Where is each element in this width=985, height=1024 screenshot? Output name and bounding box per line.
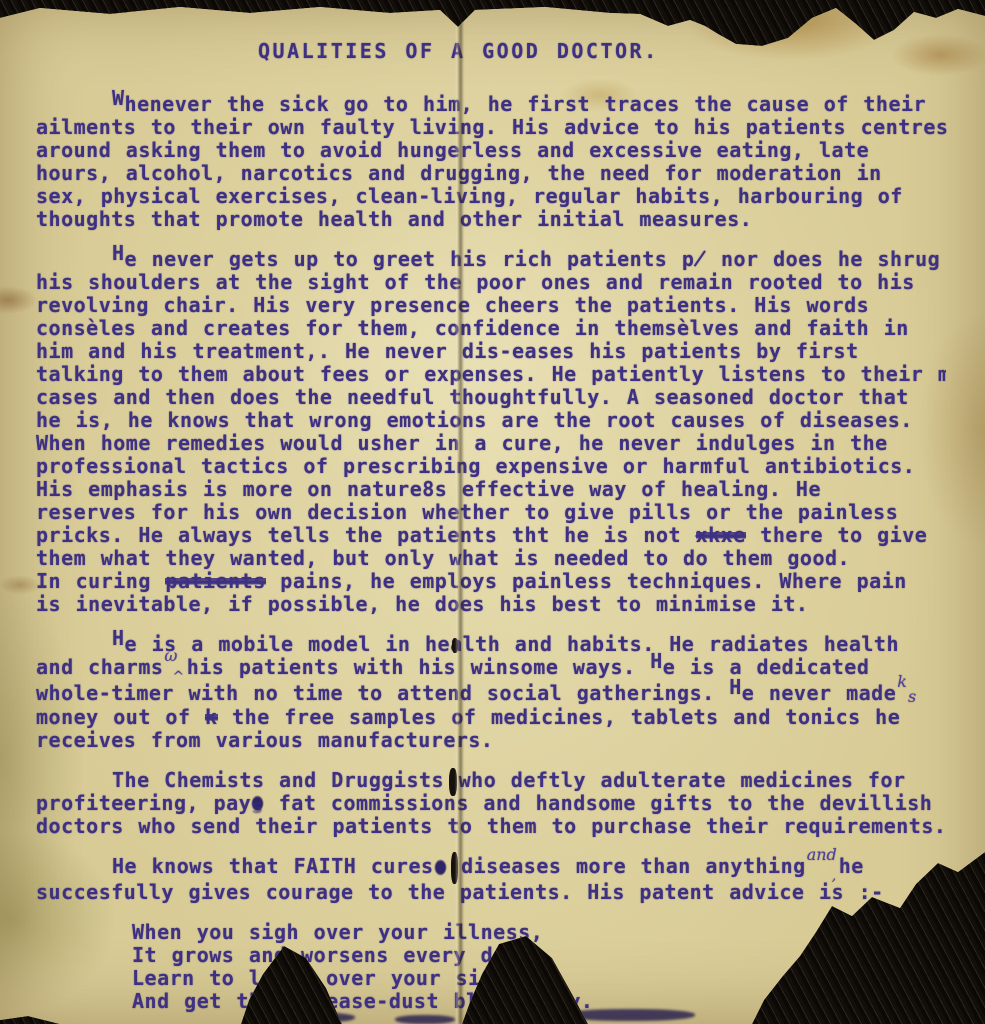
handwritten-and: and	[807, 845, 837, 864]
paragraph: He never gets up to greet his rich patie…	[36, 248, 963, 616]
typewritten-line: and charmsω^his patients with his winsom…	[36, 656, 963, 682]
cancelled-character: p̸	[682, 247, 707, 271]
poem-line: And get the disease-dust blown away.	[36, 990, 963, 1013]
typewritten-line: revolving chair. His very presence cheer…	[36, 294, 963, 317]
typewritten-line: his shoulders at the sight of the poor o…	[36, 271, 963, 294]
raised-letter: H	[112, 241, 125, 265]
handwritten-s: s	[908, 687, 917, 706]
handwritten-caret: ,	[832, 868, 837, 884]
poem-line: When you sigh over your illness,	[36, 921, 963, 944]
paragraph: He is a mobile model in health and habit…	[36, 633, 963, 752]
document-body: Whenever the sick go to him, he first tr…	[36, 93, 963, 1013]
typewritten-line: cases and then does the needful thoughtf…	[36, 386, 963, 409]
ink-blot: s	[251, 795, 264, 812]
typewritten-line: He knows that FAITH cures diseases more …	[36, 855, 963, 881]
typewritten-line: around asking them to avoid hungerless a…	[36, 139, 963, 162]
typewritten-line: is inevitable, if possible, he does his …	[36, 593, 963, 616]
typewritten-line: them what they wanted, but only what is …	[36, 547, 963, 570]
typewritten-line: whole-timer with no time to attend socia…	[36, 682, 963, 706]
strikeout-text: xkxe	[696, 523, 746, 547]
poem-line: Learn to laugh over your sickness,	[36, 967, 963, 990]
bottom-ink-smudge	[565, 1009, 695, 1021]
raised-letter: H	[729, 675, 742, 699]
typewritten-line: him and his treatment,. He never dis-eas…	[36, 340, 963, 363]
bottom-ink-smudge	[255, 1012, 355, 1023]
typewritten-line: hours, alcohol, narcotics and drugging, …	[36, 162, 963, 185]
paragraph: Whenever the sick go to him, he first tr…	[36, 93, 963, 231]
typewritten-line: In curing patients pains, he employs pai…	[36, 570, 963, 593]
paragraph: The Chemists and Druggists who deftly ad…	[36, 769, 963, 838]
typewritten-line: profiteering, pays fat commissions and h…	[36, 792, 963, 815]
typewritten-line: talking to them about fees or expenses. …	[36, 363, 963, 386]
clipped-letter: m	[938, 363, 946, 386]
typewritten-line: doctors who send their patients to them …	[36, 815, 963, 838]
document-title: QUALITIES OF A GOOD DOCTOR.	[258, 40, 963, 63]
raised-letter: H	[650, 649, 663, 673]
poem-line: It grows and worsens every day.	[36, 944, 963, 967]
typewritten-line: He never gets up to greet his rich patie…	[36, 248, 963, 271]
typewritten-line: His emphasis is more on nature8s effecti…	[36, 478, 963, 501]
typewritten-line: money out of k the free samples of medic…	[36, 706, 963, 729]
paragraph: He knows that FAITH cures diseases more …	[36, 855, 963, 904]
typewritten-line: he is, he knows that wrong emotions are …	[36, 409, 963, 432]
typewritten-line: The Chemists and Druggists who deftly ad…	[36, 769, 963, 792]
strikeout-text: patients	[165, 569, 265, 593]
typewritten-line: receives from various manufacturers.	[36, 729, 963, 752]
typewritten-line: succesfully gives courage to the patient…	[36, 881, 963, 904]
ink-blot	[434, 859, 447, 876]
raised-letter: W	[112, 86, 125, 110]
typewritten-line: pricks. He always tells the patients tht…	[36, 524, 963, 547]
strikeout-text: k	[205, 705, 218, 729]
typewritten-line: reserves for his own decision whether to…	[36, 501, 963, 524]
typewritten-line: professional tactics of prescribing expe…	[36, 455, 963, 478]
document-content: QUALITIES OF A GOOD DOCTOR. Whenever the…	[36, 40, 963, 1024]
paper-document: QUALITIES OF A GOOD DOCTOR. Whenever the…	[0, 0, 985, 1024]
typewritten-line: ailments to their own faulty living. His…	[36, 116, 963, 139]
typewritten-line: Whenever the sick go to him, he first tr…	[36, 93, 963, 116]
handwritten-mark: ω	[164, 646, 177, 665]
typewritten-line: consèles and creates for them, confidenc…	[36, 317, 963, 340]
raised-letter: H	[112, 626, 125, 650]
handwritten-caret: ^	[172, 669, 184, 685]
typewritten-line: When home remedies would usher in a cure…	[36, 432, 963, 455]
bottom-ink-smudge	[395, 1015, 455, 1024]
photo-scene: { "document": { "title": "QUALITIES OF A…	[0, 0, 985, 1024]
typewritten-line: sex, physical exercises, clean-living, r…	[36, 185, 963, 208]
poem: When you sigh over your illness,It grows…	[36, 921, 963, 1013]
typewritten-line: thoughts that promote health and other i…	[36, 208, 963, 231]
handwritten-k: k	[897, 672, 907, 691]
